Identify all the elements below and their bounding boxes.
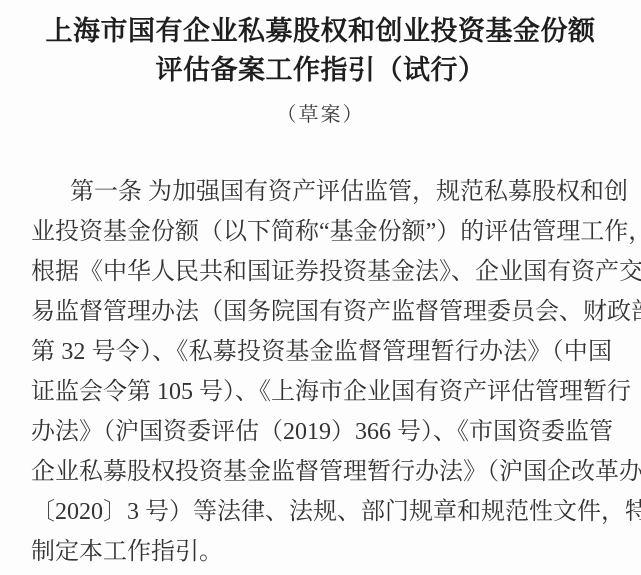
draft-label: （草案） [0,102,641,128]
paragraph-line: 第 32 号令）、《私募投资基金监督管理暂行办法》（中国 [31,332,612,372]
paragraph-line: 〔2020〕3 号）等法律、法规、部门规章和规范性文件，特 [31,492,612,532]
title-line-2: 评估备案工作指引（试行） [0,51,641,90]
paragraph-line: 企业私募股权投资基金监督管理暂行办法》（沪国企改革办 [31,452,612,492]
paragraph-line: 证监会令第 105 号）、《上海市企业国有资产评估管理暂行 [31,372,612,412]
document-page: 上海市国有企业私募股权和创业投资基金份额 评估备案工作指引（试行） （草案） 第… [0,0,641,575]
paragraph-line: 第一条 为加强国有资产评估监管，规范私募股权和创 [31,172,612,212]
paragraph-line: 制定本工作指引。 [31,532,612,572]
paragraph-line: 办法》（沪国资委评估（2019）366 号）、《市国资委监管 [31,412,612,452]
document-title: 上海市国有企业私募股权和创业投资基金份额 评估备案工作指引（试行） [0,12,641,90]
paragraph-line: 业投资基金份额（以下简称“基金份额”）的评估管理工作， [31,212,612,252]
title-line-1: 上海市国有企业私募股权和创业投资基金份额 [0,12,641,51]
paragraph-line: 易监督管理办法（国务院国有资产监督管理委员会、财政部 [31,292,612,332]
document-body: 第一条 为加强国有资产评估监管，规范私募股权和创 业投资基金份额（以下简称“基金… [0,172,641,572]
paragraph-line: 根据《中华人民共和国证券投资基金法》、企业国有资产交 [31,252,612,292]
